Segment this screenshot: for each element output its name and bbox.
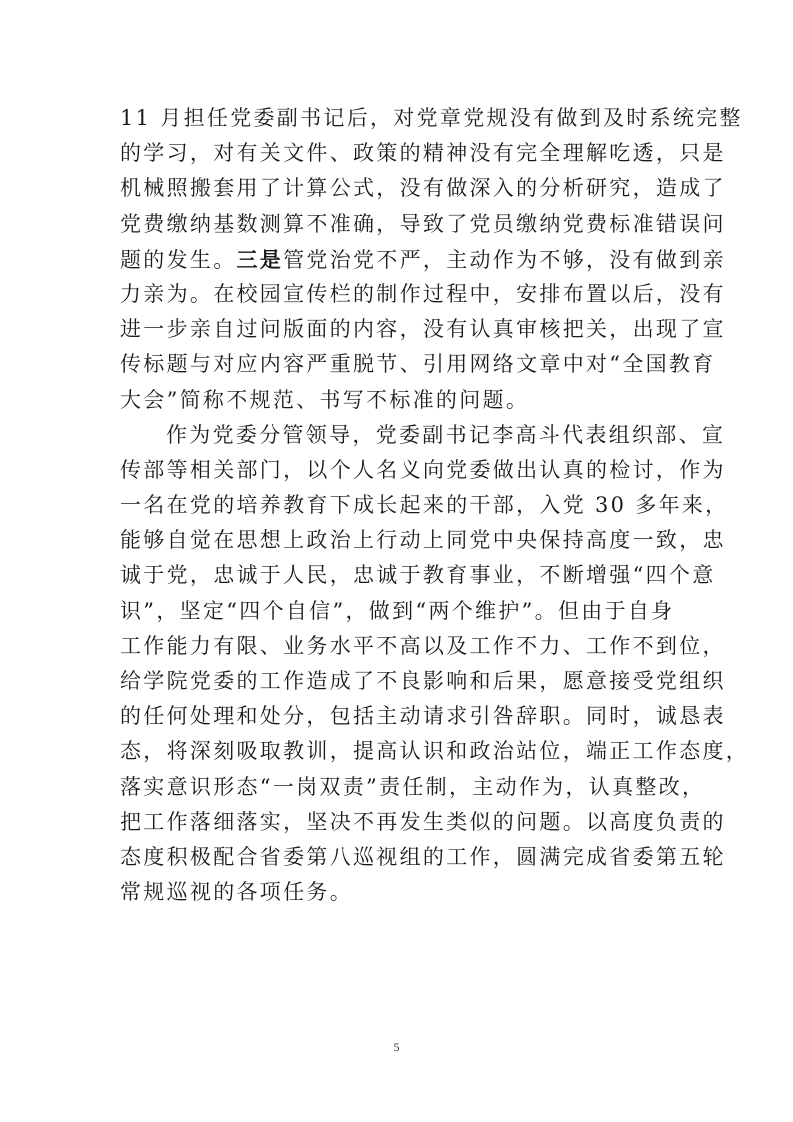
text-line: 党费缴纳基数测算不准确，导致了党员缴纳党费标准错误问 <box>120 207 675 242</box>
paragraph-start-line: 作为党委分管领导，党委副书记李高斗代表组织部、宣 <box>120 418 675 453</box>
text-line: 落实意识形态“一岗双责”责任制，主动作为，认真整改， <box>120 770 675 805</box>
text-line: 把工作落细落实，坚决不再发生类似的问题。以高度负责的 <box>120 805 675 840</box>
text-line: 一名在党的培养教育下成长起来的干部，入党 30 多年来， <box>120 488 675 523</box>
text-segment: 管党治党不严，主动作为不够，没有做到亲 <box>283 248 726 272</box>
text-line: 诚于党，忠诚于人民，忠诚于教育事业，不断增强“四个意 <box>120 558 675 593</box>
text-line: 传标题与对应内容严重脱节、引用网络文章中对“全国教育 <box>120 347 675 382</box>
text-line: 传部等相关部门，以个人名义向党委做出认真的检讨，作为 <box>120 453 675 488</box>
text-line: 进一步亲自过问版面的内容，没有认真审核把关，出现了宣 <box>120 312 675 347</box>
text-line: 的任何处理和处分，包括主动请求引咎辞职。同时，诚恳表 <box>120 699 675 734</box>
text-line: 给学院党委的工作造成了不良影响和后果，愿意接受党组织 <box>120 664 675 699</box>
text-line: 大会”简称不规范、书写不标准的问题。 <box>120 383 675 418</box>
text-line: 态度积极配合省委第八巡视组的工作，圆满完成省委第五轮 <box>120 840 675 875</box>
document-page: 11 月担任党委副书记后，对党章党规没有做到及时系统完整 的学习，对有关文件、政… <box>0 0 793 1122</box>
text-line: 能够自觉在思想上政治上行动上同党中央保持高度一致，忠 <box>120 523 675 558</box>
text-line: 机械照搬套用了计算公式，没有做深入的分析研究，造成了 <box>120 171 675 206</box>
text-line: 工作能力有限、业务水平不高以及工作不力、工作不到位， <box>120 629 675 664</box>
text-segment: 题的发生。 <box>120 248 237 272</box>
text-line: 力亲为。在校园宣传栏的制作过程中，安排布置以后，没有 <box>120 277 675 312</box>
text-line: 态，将深刻吸取教训，提高认识和政治站位，端正工作态度， <box>120 734 675 769</box>
text-line: 识”，坚定“四个自信”，做到“两个维护”。但由于自身 <box>120 594 675 629</box>
text-line: 的学习，对有关文件、政策的精神没有完全理解吃透，只是 <box>120 136 675 171</box>
body-text: 11 月担任党委副书记后，对党章党规没有做到及时系统完整 的学习，对有关文件、政… <box>120 101 675 910</box>
page-number: 5 <box>0 1040 793 1055</box>
text-line: 11 月担任党委副书记后，对党章党规没有做到及时系统完整 <box>120 101 675 136</box>
text-line: 常规巡视的各项任务。 <box>120 875 675 910</box>
text-line: 题的发生。三是管党治党不严，主动作为不够，没有做到亲 <box>120 242 675 277</box>
bold-heading-phrase: 三是 <box>237 247 284 272</box>
